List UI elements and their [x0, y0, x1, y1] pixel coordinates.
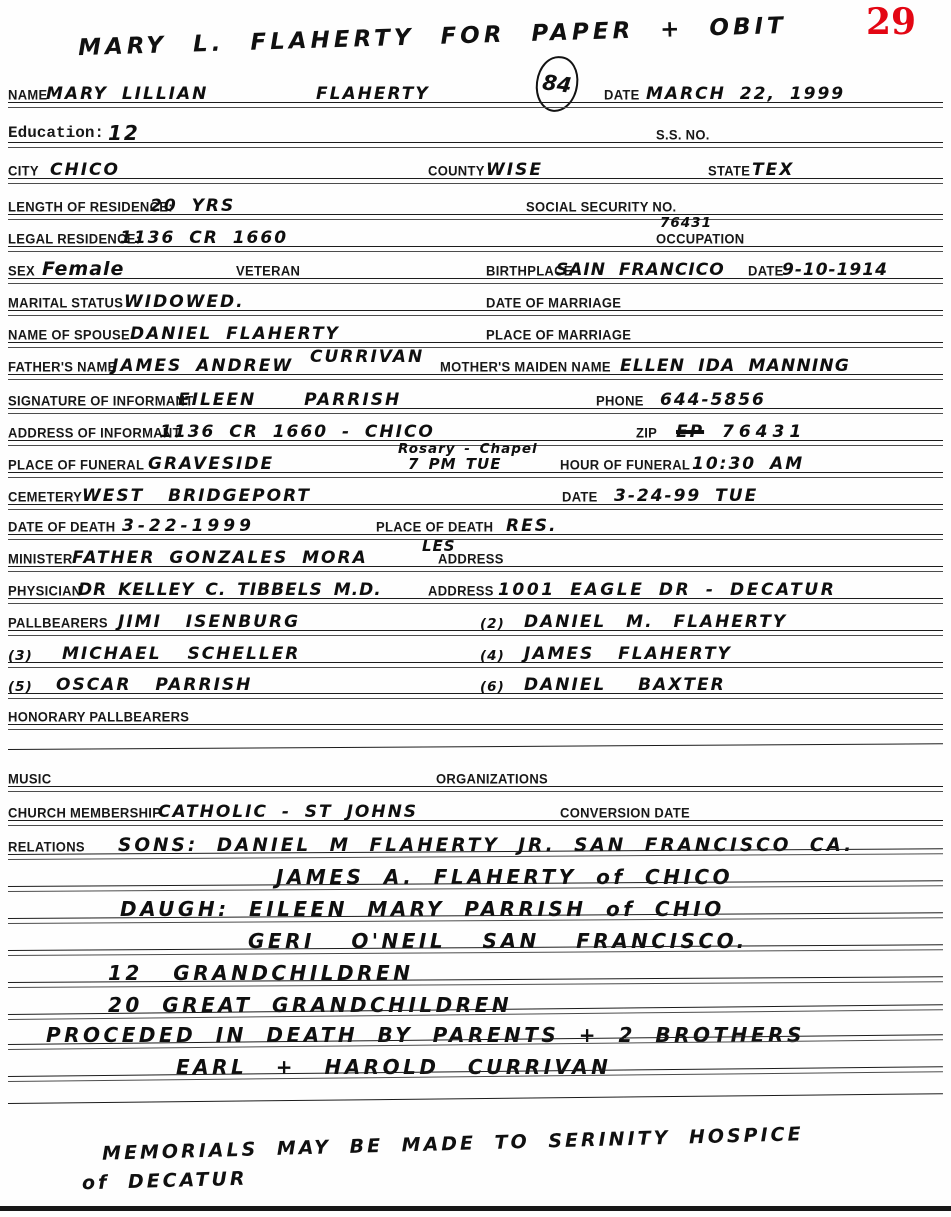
funeral-note-bottom: 7 PM TUE: [408, 457, 501, 472]
cemetery-value: WEST BRIDGEPORT: [82, 488, 311, 505]
memorials-line-2: of DECATUR: [82, 1170, 248, 1194]
county-label: COUNTY: [428, 163, 485, 177]
cemetery-label: CEMETERY: [8, 489, 82, 503]
relations-continuation-row: DAUGH: EILEEN MARY PARRISH of CHIO: [8, 892, 943, 924]
rule: [8, 743, 943, 752]
state-value: TEX: [752, 162, 794, 179]
field-informant-row: SIGNATURE OF INFORMANT EILEEN PARRISH PH…: [8, 382, 943, 414]
relations-continuation-row: PROCEDED IN DEATH BY PARENTS + 2 BROTHER…: [8, 1018, 943, 1050]
physician-value: DR KELLEY C. TIBBELS M.D.: [78, 582, 382, 599]
rule: [8, 142, 943, 148]
relations-continuation-row: GERI O'NEIL SAN FRANCISCO.: [8, 924, 943, 956]
field-music-row: MUSIC ORGANIZATIONS: [8, 762, 943, 792]
field-physician-row: PHYSICIAN DR KELLEY C. TIBBELS M.D. ADDR…: [8, 572, 943, 604]
field-marital-row: MARITAL STATUS WIDOWED. DATE OF MARRIAGE: [8, 286, 943, 316]
pallbearer-5-number: (5): [8, 681, 33, 695]
death-place-value: RES.: [506, 518, 557, 535]
pallbearer-5: OSCAR PARRISH: [56, 677, 252, 694]
father-name-last: CURRIVAN: [310, 349, 424, 366]
physician-address-label: ADDRESS: [428, 583, 494, 597]
honorary-pallbearers-label: HONORARY PALLBEARERS: [8, 709, 189, 723]
pallbearer-6: DANIEL BAXTER: [524, 677, 726, 694]
field-sex-row: SEX Female VETERAN BIRTHPLACE SAIN FRANC…: [8, 252, 943, 284]
spouse-label: NAME OF SPOUSE: [8, 327, 130, 341]
city-value: CHICO: [50, 162, 120, 179]
music-label: MUSIC: [8, 771, 51, 785]
funeral-note-top: Rosary - Chapel: [398, 443, 538, 457]
legal-zip-note: 76431: [660, 217, 712, 231]
state-label: STATE: [708, 163, 750, 177]
funeral-place-label: PLACE OF FUNERAL: [8, 457, 144, 471]
birth-date-value: 9-10-1914: [782, 262, 888, 279]
father-name-label: FATHER'S NAME: [8, 359, 117, 373]
informant-signature-label: SIGNATURE OF INFORMANT: [8, 393, 193, 407]
physician-label: PHYSICIAN: [8, 583, 82, 597]
funeral-hour-label: HOUR OF FUNERAL: [560, 457, 690, 471]
cemetery-date-value: 3-24-99 TUE: [614, 488, 758, 505]
cemetery-date-label: DATE: [562, 489, 598, 503]
relations-continuation-row: 12 GRANDCHILDREN: [8, 954, 943, 988]
minister-label: MINISTER: [8, 551, 73, 565]
field-spouse-row: NAME OF SPOUSE DANIEL FLAHERTY PLACE OF …: [8, 316, 943, 348]
phone-value: 644-5856: [660, 392, 766, 409]
informant-address-label: ADDRESS OF INFORMANT: [8, 425, 181, 439]
occupation-label: OCCUPATION: [656, 231, 744, 245]
relations-continuation-row: JAMES A. FLAHERTY of CHICO: [8, 860, 943, 892]
marriage-place-label: PLACE OF MARRIAGE: [486, 327, 631, 341]
residence-length-value: 20 YRS: [150, 198, 235, 215]
field-legal-residence-row: LEGAL RESIDENCE: 1136 CR 1660 76431 OCCU…: [8, 220, 943, 252]
field-name-row: NAME MARY LILLIAN FLAHERTY 84 DATE MARCH…: [8, 76, 943, 108]
physician-address-value: 1001 EAGLE DR - DECATUR: [498, 582, 836, 599]
rule: [8, 178, 943, 184]
field-relations-row: RELATIONS SONS: DANIEL M FLAHERTY JR. SA…: [8, 826, 943, 860]
conversion-date-label: CONVERSION DATE: [560, 805, 690, 819]
minister-address-label: ADDRESS: [438, 551, 504, 565]
marriage-date-label: DATE OF MARRIAGE: [486, 295, 621, 309]
father-name-first: JAMES ANDREW: [112, 358, 293, 375]
blank-line-row: [8, 726, 943, 752]
field-cemetery-row: CEMETERY WEST BRIDGEPORT DATE 3-24-99 TU…: [8, 478, 943, 510]
name-value-last: FLAHERTY: [316, 86, 430, 103]
pallbearer-3: MICHAEL SCHELLER: [62, 646, 300, 663]
zip-crossed-out: EP: [676, 424, 704, 441]
minister-value: FATHER GONZALES MORA: [72, 550, 368, 567]
field-death-row: DATE OF DEATH 3-22-1999 PLACE OF DEATH R…: [8, 510, 943, 540]
scan-bottom-edge: [0, 1206, 951, 1211]
field-funeral-place-row: PLACE OF FUNERAL GRAVESIDE Rosary - Chap…: [8, 446, 943, 478]
field-church-row: CHURCH MEMBERSHIP CATHOLIC - ST JOHNS CO…: [8, 794, 943, 826]
sex-value: Female: [42, 260, 124, 279]
phone-label: PHONE: [596, 393, 644, 407]
funeral-hour-value: 10:30 AM: [692, 456, 804, 473]
death-date-value: 3-22-1999: [122, 518, 255, 535]
social-security-label: SOCIAL SECURITY NO.: [526, 199, 676, 213]
informant-signature-value: EILEEN PARRISH: [178, 392, 401, 409]
field-pallbearers-row: PALLBEARERS JIMI ISENBURG (2) DANIEL M. …: [8, 604, 943, 636]
church-membership-value: CATHOLIC - ST JOHNS: [158, 804, 418, 821]
spouse-value: DANIEL FLAHERTY: [130, 326, 340, 343]
birthplace-value: SAIN FRANCICO: [556, 262, 725, 279]
field-education-row: Education: 12 S.S. NO.: [8, 118, 943, 148]
field-minister-row: MINISTER FATHER GONZALES MORA LES ADDRES…: [8, 540, 943, 572]
relations-continuation-row: 20 GREAT GRANDCHILDREN: [8, 986, 943, 1020]
pallbearer-1: JIMI ISENBURG: [118, 614, 300, 631]
field-pallbearers-row: (3) MICHAEL SCHELLER (4) JAMES FLAHERTY: [8, 636, 943, 668]
education-label: Education:: [8, 125, 104, 141]
rule: [8, 278, 943, 284]
funeral-place-value: GRAVESIDE: [148, 456, 274, 473]
page-number: 29: [866, 4, 916, 40]
birth-date-label: DATE: [748, 263, 784, 277]
death-place-label: PLACE OF DEATH: [376, 519, 493, 533]
zip-label: ZIP: [636, 425, 657, 439]
residence-length-label: LENGTH OF RESIDENCE:: [8, 199, 173, 213]
mother-maiden-label: MOTHER'S MAIDEN NAME: [440, 359, 611, 373]
field-father-row: FATHER'S NAME JAMES ANDREW CURRIVAN MOTH…: [8, 348, 943, 380]
veteran-label: VETERAN: [236, 263, 300, 277]
pallbearer-6-number: (6): [480, 681, 505, 695]
field-residence-length-row: LENGTH OF RESIDENCE: 20 YRS SOCIAL SECUR…: [8, 190, 943, 220]
field-pallbearers-row: (5) OSCAR PARRISH (6) DANIEL BAXTER: [8, 667, 943, 699]
marital-status-label: MARITAL STATUS: [8, 295, 123, 309]
relations-label: RELATIONS: [8, 839, 85, 853]
legal-residence-value: 1136 CR 1660: [120, 230, 288, 247]
name-date-label: DATE: [604, 87, 640, 101]
rule: [8, 374, 943, 380]
pallbearer-3-number: (3): [8, 650, 33, 664]
ssno-label: S.S. NO.: [656, 127, 710, 141]
rule: [8, 102, 943, 108]
memorials-line-1: MEMORIALS MAY BE MADE TO SERINITY HOSPIC…: [102, 1125, 804, 1164]
pallbearers-label: PALLBEARERS: [8, 615, 108, 629]
church-membership-label: CHURCH MEMBERSHIP: [8, 805, 161, 819]
scanned-funeral-record-form: MARY L. FLAHERTY FOR PAPER + OBIT 29 NAM…: [0, 0, 951, 1217]
informant-address-value: 1136 CR 1660 - CHICO: [160, 424, 435, 441]
pallbearer-4: JAMES FLAHERTY: [524, 646, 732, 663]
education-value: 12: [108, 123, 140, 143]
age-value: 84: [541, 72, 573, 96]
name-value-first: MARY LILLIAN: [46, 86, 208, 103]
city-label: CITY: [8, 163, 39, 177]
organizations-label: ORGANIZATIONS: [436, 771, 548, 785]
rule: [8, 693, 943, 699]
rule: [8, 786, 943, 792]
header-handwritten-note: MARY L. FLAHERTY FOR PAPER + OBIT: [78, 9, 788, 66]
blank-line-row: [8, 1078, 943, 1106]
name-label: NAME: [8, 87, 47, 101]
mother-maiden-value: ELLEN IDA MANNING: [620, 358, 850, 375]
name-date-value: MARCH 22, 1999: [646, 86, 845, 103]
rule: [8, 1093, 943, 1106]
pallbearer-2-number: (2): [480, 618, 505, 632]
county-value: WISE: [486, 162, 543, 179]
marital-status-value: WIDOWED.: [124, 294, 245, 311]
pallbearer-2: DANIEL M. FLAHERTY: [524, 614, 787, 631]
field-city-row: CITY CHICO COUNTY WISE STATE TEX: [8, 154, 943, 184]
pallbearer-4-number: (4): [480, 650, 505, 664]
zip-value: 76431: [722, 424, 806, 441]
death-date-label: DATE OF DEATH: [8, 519, 115, 533]
sex-label: SEX: [8, 263, 35, 277]
